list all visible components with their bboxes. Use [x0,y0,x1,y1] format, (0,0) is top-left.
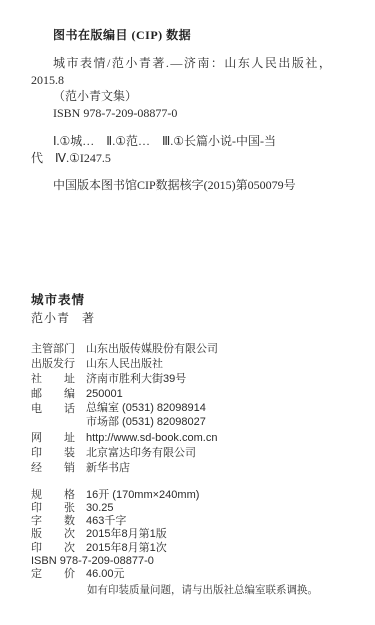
info-label: 字 数 [31,515,77,528]
book-title: 城市表情 [31,293,351,308]
book-author: 范小青著 [31,311,351,326]
info-label: 印 装 [31,446,77,461]
info-value-url: http://www.sd-book.com.cn [86,431,351,446]
info-row-sheets: 印 张 30.25 [31,502,351,515]
printing-info: 规 格 16开 (170mm×240mm) 印 张 30.25 字 数 463千… [31,489,351,582]
info-label: 社 址 [31,372,77,387]
info-value: 46.00元 [86,568,351,581]
info-value: 总编室 (0531) 82098914 市场部 (0531) 82098027 [86,402,351,430]
info-row-printer: 印 装 北京富达印务有限公司 [31,446,351,461]
cip-date-line: 2015.8 [31,72,351,89]
info-value: 山东出版传媒股份有限公司 [86,342,351,357]
info-row-distributor: 经 销 新华书店 [31,461,351,476]
info-label: 经 销 [31,461,77,476]
cip-record-number: 中国版本图书馆CIP数据核字(2015)第050079号 [31,177,351,194]
phone-editorial-office: 总编室 (0531) 82098914 [86,402,351,416]
info-label: 出版发行 [31,357,77,372]
info-label: 规 格 [31,489,77,502]
info-row-impression: 印 次 2015年8月第1次 [31,542,351,555]
cip-isbn-line: ISBN 978-7-209-08877-0 [31,105,351,122]
cip-series-line: （范小青文集） [31,88,351,105]
info-value: 济南市胜利大街39号 [86,372,351,387]
cip-classification-line1: Ⅰ.①城… Ⅱ.①范… Ⅲ.①长篇小说-中国-当 [31,133,351,150]
info-label: 主管部门 [31,342,77,357]
info-row-price: 定 价 46.00元 [31,568,351,581]
info-label: 印 张 [31,502,77,515]
quality-notice: 如有印装质量问题，请与出版社总编室联系调换。 [31,584,351,597]
title-block: 城市表情 范小青著 [31,293,351,326]
info-label: 印 次 [31,542,77,555]
info-label: 网 址 [31,431,77,446]
info-row-supervisor: 主管部门 山东出版传媒股份有限公司 [31,342,351,357]
phone-marketing-dept: 市场部 (0531) 82098027 [86,416,351,430]
cip-classification-line2: 代 Ⅳ.①I247.5 [31,150,351,167]
info-row-postcode: 邮 编 250001 [31,387,351,402]
info-value: 16开 (170mm×240mm) [86,489,351,502]
info-row-publisher: 出版发行 山东人民出版社 [31,357,351,372]
publication-info: 主管部门 山东出版传媒股份有限公司 出版发行 山东人民出版社 社 址 济南市胜利… [31,342,351,477]
copyright-page: 图书在版编目 (CIP) 数据 城市表情/范小青著.—济南：山东人民出版社， 2… [0,0,375,625]
info-label: 定 价 [31,568,77,581]
info-label: 电 话 [31,402,77,417]
info-row-wordcount: 字 数 463千字 [31,515,351,528]
info-row-format: 规 格 16开 (170mm×240mm) [31,489,351,502]
info-label: 版 次 [31,528,77,541]
info-value: 30.25 [86,502,351,515]
author-suffix: 著 [82,311,95,325]
info-row-isbn: ISBN 978-7-209-08877-0 [31,555,351,568]
info-value: 新华书店 [86,461,351,476]
info-value: 250001 [86,387,351,402]
info-row-address: 社 址 济南市胜利大街39号 [31,372,351,387]
cip-section: 图书在版编目 (CIP) 数据 城市表情/范小青著.—济南：山东人民出版社， 2… [31,28,351,194]
cip-heading: 图书在版编目 (CIP) 数据 [31,28,351,42]
info-row-website: 网 址 http://www.sd-book.com.cn [31,431,351,446]
info-value: 山东人民出版社 [86,357,351,372]
info-row-phone: 电 话 总编室 (0531) 82098914 市场部 (0531) 82098… [31,402,351,430]
info-value: 北京富达印务有限公司 [86,446,351,461]
author-name: 范小青 [31,311,70,325]
info-value: 463千字 [86,515,351,528]
info-value: 2015年8月第1版 [86,528,351,541]
isbn-number: ISBN 978-7-209-08877-0 [31,555,154,568]
info-row-edition: 版 次 2015年8月第1版 [31,528,351,541]
cip-title-line: 城市表情/范小青著.—济南：山东人民出版社， [31,55,351,72]
info-label: 邮 编 [31,387,77,402]
info-value: 2015年8月第1次 [86,542,351,555]
